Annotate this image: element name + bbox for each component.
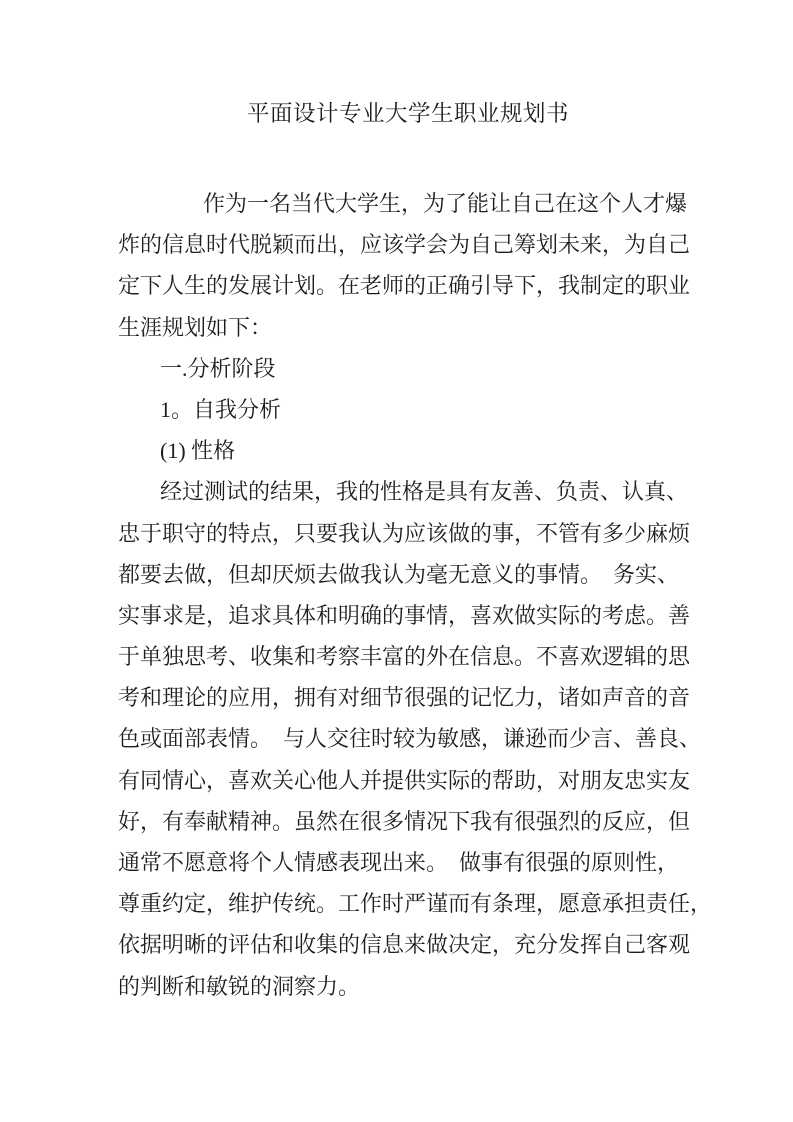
- text-line: 一.分析阶段: [118, 348, 698, 389]
- text-line: 好，有奉献精神。虽然在很多情况下我有很强烈的反应，但: [118, 801, 698, 842]
- text-line: 作为一名当代大学生，为了能让自己在这个人才爆: [118, 183, 698, 224]
- text-line: 尊重约定，维护传统。工作时严谨而有条理，愿意承担责任，: [118, 883, 698, 924]
- text-line: 炸的信息时代脱颖而出，应该学会为自己筹划未来，为自己: [118, 224, 698, 265]
- text-line: 依据明晰的评估和收集的信息来做决定，充分发挥自己客观: [118, 924, 698, 965]
- text-line: 经过测试的结果，我的性格是具有友善、负责、认真、: [118, 471, 698, 512]
- text-line: 的判断和敏锐的洞察力。: [118, 966, 698, 1007]
- text-line: 1。自我分析: [118, 389, 698, 430]
- text-line: 都要去做，但却厌烦去做我认为毫无意义的事情。 务实、: [118, 554, 698, 595]
- text-line: 有同情心，喜欢关心他人并提供实际的帮助，对朋友忠实友: [118, 760, 698, 801]
- text-line: (1) 性格: [118, 430, 698, 471]
- text-line: 忠于职守的特点，只要我认为应该做的事，不管有多少麻烦: [118, 513, 698, 554]
- document-title: 平面设计专业大学生职业规划书: [118, 100, 698, 128]
- document-body: 作为一名当代大学生，为了能让自己在这个人才爆炸的信息时代脱颖而出，应该学会为自己…: [118, 183, 698, 1007]
- text-line: 色或面部表情。 与人交往时较为敏感，谦逊而少言、善良、: [118, 718, 698, 759]
- text-line: 通常不愿意将个人情感表现出来。 做事有很强的原则性，: [118, 842, 698, 883]
- text-line: 定下人生的发展计划。在老师的正确引导下，我制定的职业: [118, 265, 698, 306]
- text-line: 考和理论的应用，拥有对细节很强的记忆力，诸如声音的音: [118, 677, 698, 718]
- text-line: 于单独思考、收集和考察丰富的外在信息。不喜欢逻辑的思: [118, 636, 698, 677]
- document-page: 平面设计专业大学生职业规划书 作为一名当代大学生，为了能让自己在这个人才爆炸的信…: [0, 0, 793, 1122]
- text-line: 实事求是，追求具体和明确的事情，喜欢做实际的考虑。善: [118, 595, 698, 636]
- text-line: 生涯规划如下：: [118, 307, 698, 348]
